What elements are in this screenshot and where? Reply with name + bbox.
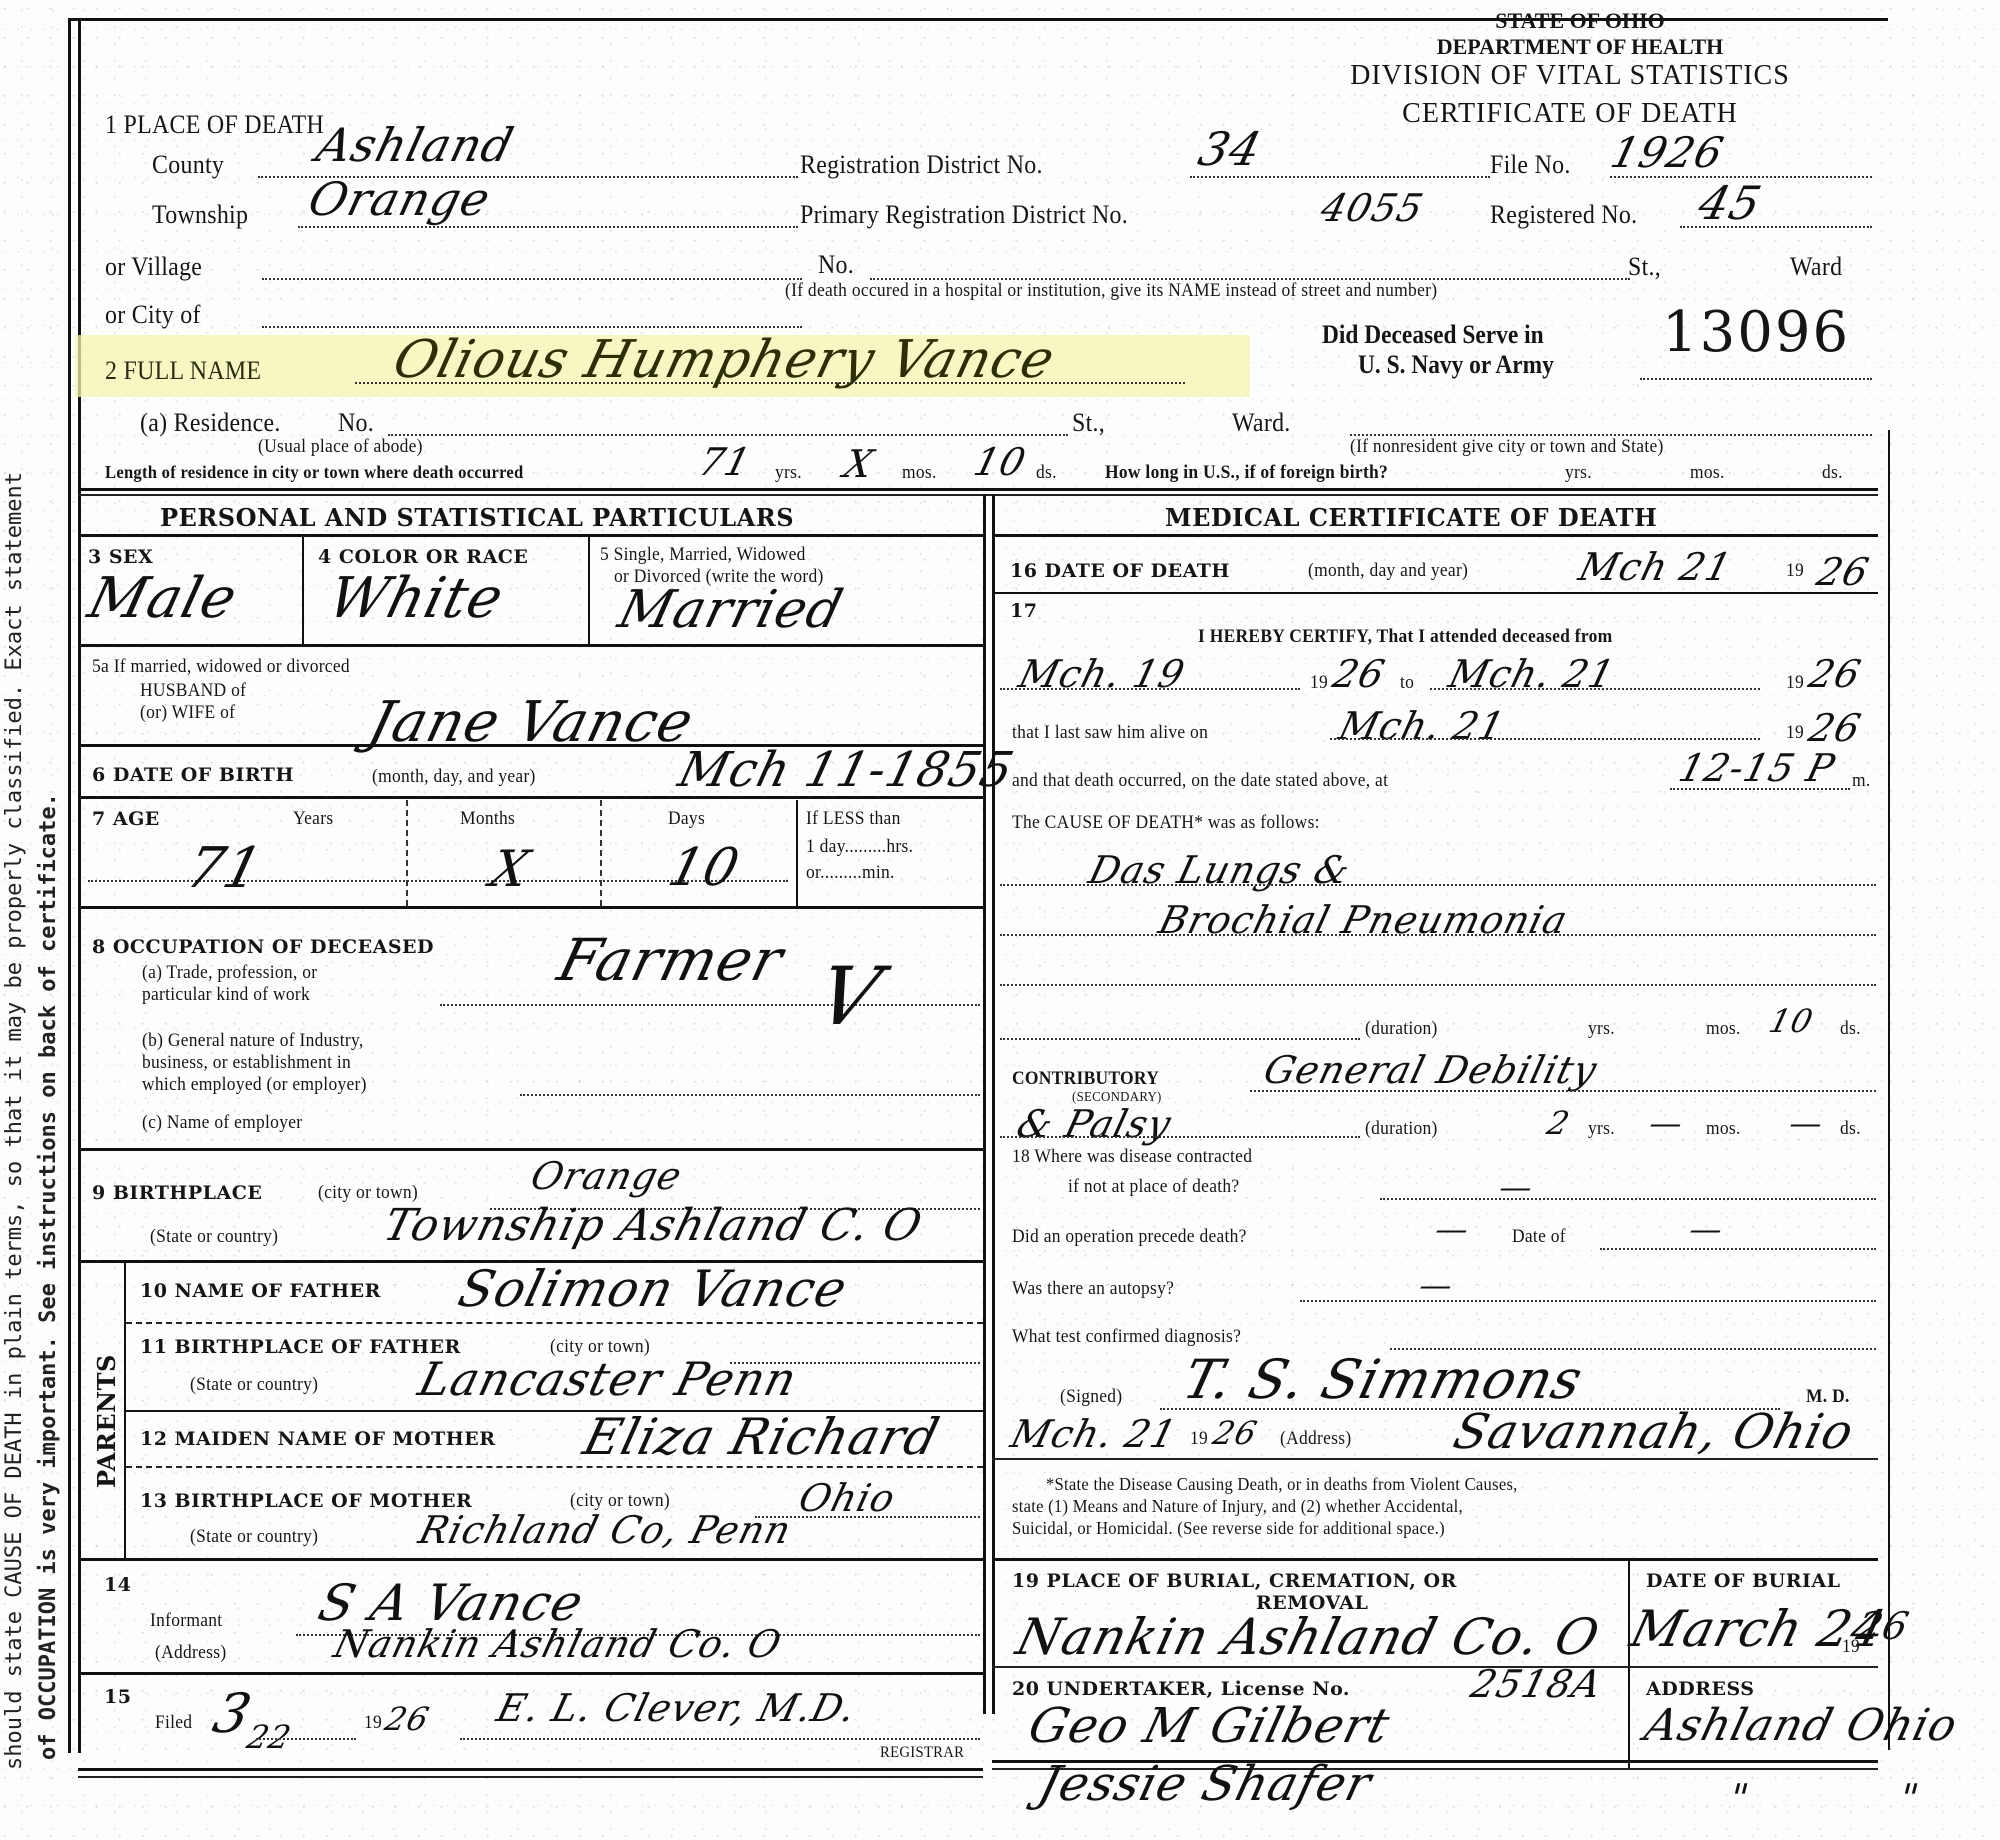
header-title: CERTIFICATE OF DEATH: [1310, 98, 1830, 130]
row3-underline: [78, 644, 983, 647]
occ-b-dotline: [520, 1094, 980, 1096]
burial-place-value[interactable]: Nankin Ashland Co. O: [1011, 1608, 1606, 1666]
foreign-mos-label: mos.: [1690, 462, 1725, 484]
foreign-ds-label: ds.: [1822, 462, 1843, 484]
cause-ds-label: ds.: [1840, 1018, 1861, 1040]
mother-value[interactable]: Eliza Richard: [578, 1408, 946, 1466]
license-no[interactable]: 2518A: [1467, 1662, 1607, 1706]
birthplace-state-hint: (State or country): [150, 1226, 278, 1248]
length-months[interactable]: X: [840, 442, 879, 486]
dod-year[interactable]: 26: [1813, 550, 1874, 594]
residence-no-label: No.: [338, 408, 374, 438]
military-stamp-number: 13096: [1662, 300, 1850, 365]
age-months-label: Months: [460, 808, 515, 830]
dob-hint: (month, day, and year): [372, 766, 536, 788]
contrib-duration-yrs[interactable]: 2: [1543, 1104, 1574, 1142]
race-value[interactable]: White: [322, 566, 510, 631]
burial-place-label-line1: 19 PLACE OF BURIAL, CREMATION, OR: [1012, 1570, 1457, 1592]
occ-a-dotline: [440, 1004, 980, 1006]
nonresident-note: (If nonresident give city or town and St…: [1350, 436, 1664, 458]
cause-duration-label: (duration): [1365, 1018, 1438, 1040]
filed-dotline: [256, 1738, 356, 1740]
burial-year[interactable]: 26: [1853, 1604, 1914, 1648]
mother-birth-state-value[interactable]: Richland Co, Penn: [415, 1508, 797, 1552]
undertaker-address-label: ADDRESS: [1646, 1678, 1755, 1700]
burial-date-label: DATE OF BURIAL: [1646, 1570, 1840, 1592]
cert-number: 17: [1010, 600, 1037, 622]
residence-label: (a) Residence.: [140, 408, 281, 438]
occ-b-line2: business, or establishment in: [142, 1052, 351, 1074]
mother-underline: [126, 1466, 983, 1468]
contributory-line1[interactable]: General Debility: [1260, 1048, 1602, 1092]
father-label: 10 NAME OF FATHER: [140, 1280, 381, 1302]
last-saw-year[interactable]: 26: [1805, 706, 1866, 750]
header-state: STATE OF OHIO: [1380, 8, 1780, 34]
race-marital-divider: [588, 534, 590, 644]
primary-district-value[interactable]: 4055: [1317, 186, 1429, 230]
spouse-label-line1: 5a If married, widowed or divorced: [92, 656, 350, 678]
sex-race-divider: [302, 534, 304, 644]
full-name-value[interactable]: Olious Humphery Vance: [388, 330, 1062, 390]
death-time[interactable]: 12-15 P: [1675, 746, 1840, 790]
sex-label: 3 SEX: [88, 546, 153, 568]
occ-b-line3: which employed (or employer): [142, 1074, 367, 1096]
occupation-value[interactable]: Farmer: [552, 926, 791, 994]
township-value[interactable]: Orange: [303, 172, 496, 226]
attended-from-dotline: [1000, 688, 1300, 690]
length-residence-label: Length of residence in city or town wher…: [105, 462, 524, 483]
last-saw-year-prefix: 19: [1786, 722, 1804, 744]
operation-date-dotline: [1600, 1248, 1876, 1250]
cause-line2-dotline: [1000, 934, 1876, 936]
center-divider-left: [983, 494, 986, 1714]
signed-label: (Signed): [1060, 1386, 1122, 1408]
registration-district-dotline: [1190, 176, 1490, 178]
paper-texture: [0, 0, 2000, 1840]
village-ward-label: Ward: [1790, 252, 1842, 282]
father-birth-value[interactable]: Lancaster Penn: [413, 1352, 803, 1406]
ditto-mark-1: ": [1725, 1776, 1754, 1820]
header-department: DEPARTMENT OF HEALTH: [1380, 34, 1780, 60]
row7-underline: [78, 906, 983, 909]
residence-dotline: [388, 434, 1068, 436]
father-birth-label: 11 BIRTHPLACE OF FATHER: [140, 1336, 461, 1358]
contracted-label-line1: 18 Where was disease contracted: [1012, 1146, 1252, 1168]
contrib-duration-ds[interactable]: —: [1785, 1104, 1827, 1142]
cause-mos-label: mos.: [1706, 1018, 1741, 1040]
margin-instruction-line2: of OCCUPATION is very important. See ins…: [36, 793, 61, 1760]
operation-value[interactable]: —: [1431, 1210, 1473, 1248]
dod-value[interactable]: Mch 21: [1575, 545, 1737, 589]
mother-birth-city-value[interactable]: Ohio: [795, 1476, 901, 1520]
less-label-line1: If LESS than: [806, 808, 901, 830]
filed-year[interactable]: 26: [381, 1700, 433, 1738]
registered-no-label: Registered No.: [1490, 200, 1637, 230]
marital-label-line1: 5 Single, Married, Widowed: [600, 544, 806, 566]
autopsy-label: Was there an autopsy?: [1012, 1278, 1174, 1300]
physician-signature[interactable]: T. S. Simmons: [1177, 1348, 1589, 1411]
undertaker-label: 20 UNDERTAKER, License No.: [1012, 1678, 1350, 1700]
cause-duration-dotline: [1000, 1038, 1360, 1040]
mother-label: 12 MAIDEN NAME OF MOTHER: [140, 1428, 496, 1450]
file-no-value[interactable]: 1926: [1606, 128, 1729, 177]
last-saw-value[interactable]: Mch. 21: [1335, 704, 1510, 748]
certify-text: I HEREBY CERTIFY, That I attended deceas…: [1198, 626, 1612, 648]
contributory-label: CONTRIBUTORY: [1012, 1068, 1159, 1090]
occurred-label: and that death occurred, on the date sta…: [1012, 770, 1388, 792]
row6-underline: [78, 796, 983, 799]
birthplace-state-value[interactable]: Township Ashland C. O: [379, 1200, 928, 1251]
operation-label: Did an operation precede death?: [1012, 1226, 1247, 1248]
form-bottom-left-1: [78, 1768, 983, 1771]
date-of-label: Date of: [1512, 1226, 1566, 1248]
registration-district-label: Registration District No.: [800, 150, 1043, 180]
filed-label: Filed: [155, 1712, 192, 1734]
operation-date-value[interactable]: —: [1685, 1210, 1727, 1248]
ditto-mark-2: ": [1895, 1776, 1924, 1820]
informant-label: Informant: [150, 1610, 222, 1632]
military-label-line1: Did Deceased Serve in: [1322, 320, 1544, 350]
county-value[interactable]: Ashland: [311, 118, 519, 172]
city-label: or City of: [105, 300, 201, 330]
filed-number: 15: [104, 1686, 131, 1708]
contributory-dotline: [1250, 1090, 1876, 1092]
cause-line1-dotline: [1000, 884, 1876, 886]
physician-address[interactable]: Savannah, Ohio: [1448, 1404, 1860, 1460]
village-label: or Village: [105, 252, 202, 282]
residence-st-label: St.,: [1072, 408, 1105, 438]
footnote-line3: Suicidal, or Homicidal. (See reverse sid…: [1012, 1518, 1445, 1539]
dod-year-prefix: 19: [1786, 560, 1804, 582]
informant-number: 14: [104, 1574, 131, 1596]
age-years-value[interactable]: 71: [180, 836, 269, 901]
county-label: County: [152, 150, 224, 180]
birthplace-label: 9 BIRTHPLACE: [92, 1182, 262, 1204]
occ-b-line1: (b) General nature of Industry,: [142, 1030, 363, 1052]
place-of-death-label: 1 PLACE OF DEATH: [105, 110, 324, 140]
mother-birth-state-hint: (State or country): [190, 1526, 318, 1548]
foreign-birth-label: How long in U.S., if of foreign birth?: [1105, 462, 1388, 484]
registered-no-value[interactable]: 45: [1693, 176, 1767, 230]
dob-label: 6 DATE OF BIRTH: [92, 764, 294, 786]
spouse-label-line2: HUSBAND of: [140, 680, 246, 702]
less-label-line2: 1 day.........hrs.: [806, 836, 913, 858]
military-dotline: [1640, 378, 1872, 380]
attended-from-year[interactable]: 26: [1329, 652, 1390, 696]
occ-a-line2: particular kind of work: [142, 984, 310, 1006]
form-left-border-inner: [78, 18, 81, 1753]
autopsy-dotline: [1300, 1300, 1876, 1302]
township-dotline: [298, 226, 798, 228]
attended-to-year[interactable]: 26: [1805, 652, 1866, 696]
primary-district-label: Primary Registration District No.: [800, 200, 1128, 230]
sign-year-prefix: 19: [1190, 1428, 1208, 1450]
occ-a-line1: (a) Trade, profession, or: [142, 962, 317, 984]
divider-top-sections-2: [78, 494, 1878, 496]
age-years-label: Years: [293, 808, 333, 830]
form-bottom-left-2: [78, 1776, 983, 1778]
dod-underline: [992, 592, 1878, 594]
medical-section-title: MEDICAL CERTIFICATE OF DEATH: [1165, 503, 1657, 532]
contracted-dotline: [1380, 1198, 1876, 1200]
village-dotline: [262, 278, 802, 280]
contracted-label-line2: if not at place of death?: [1068, 1176, 1239, 1198]
physician-address-label: (Address): [1280, 1428, 1351, 1450]
marital-value[interactable]: Married: [613, 580, 850, 640]
cause-duration-days[interactable]: 10: [1765, 1002, 1817, 1040]
registrar-signature[interactable]: E. L. Clever, M.D.: [493, 1686, 861, 1730]
hospital-note: (If death occured in a hospital or insti…: [785, 280, 1437, 302]
burial-date-divider: [1628, 1560, 1630, 1768]
age-divider-3: [796, 800, 798, 906]
medical-title-underline: [992, 534, 1878, 537]
footnote-line2: state (1) Means and Nature of Injury, an…: [1012, 1496, 1463, 1517]
occupation-label: 8 OCCUPATION OF DECEASED: [92, 936, 434, 958]
contrib-ds-label: ds.: [1840, 1118, 1861, 1140]
contrib-yrs-label: yrs.: [1588, 1118, 1615, 1140]
length-mos-label: mos.: [902, 462, 937, 484]
spouse-label-line3: (or) WIFE of: [140, 702, 235, 724]
age-days-label: Days: [668, 808, 705, 830]
village-no-label: No.: [818, 250, 854, 280]
cause-yrs-label: yrs.: [1588, 1018, 1615, 1040]
father-value[interactable]: Solimon Vance: [453, 1260, 854, 1318]
dob-value[interactable]: Mch 11-1855: [673, 742, 1020, 798]
informant-bottom-line: [78, 1672, 983, 1675]
length-days[interactable]: 10: [970, 440, 1031, 484]
informant-address-value[interactable]: Nankin Ashland Co. O: [330, 1622, 787, 1666]
father-underline: [126, 1322, 983, 1324]
filed-year-prefix: 19: [364, 1712, 382, 1734]
sign-date[interactable]: Mch. 21: [1007, 1412, 1182, 1456]
abode-note: (Usual place of abode): [258, 436, 423, 458]
undertaker-line1[interactable]: Geo M Gilbert: [1023, 1698, 1396, 1754]
village-st-label: St.,: [1628, 252, 1661, 282]
military-label-line2: U. S. Navy or Army: [1358, 350, 1554, 380]
contrib-mos-label: mos.: [1706, 1118, 1741, 1140]
form-right-border: [1888, 430, 1890, 1750]
occ-c-label: (c) Name of employer: [142, 1112, 302, 1134]
attended-to-year-prefix: 19: [1786, 672, 1804, 694]
personal-title-underline: [78, 534, 983, 537]
filed-day[interactable]: 22: [243, 1718, 295, 1756]
margin-instruction-line1: should state CAUSE OF DEATH in plain ter…: [2, 472, 27, 1770]
sign-underline: [992, 1458, 1878, 1460]
foreign-yrs-label: yrs.: [1565, 462, 1592, 484]
registration-district-value[interactable]: 34: [1193, 122, 1267, 176]
age-divider-1: [406, 800, 408, 906]
contracted-value[interactable]: —: [1495, 1168, 1537, 1206]
to-label: to: [1400, 672, 1414, 694]
center-divider-right: [992, 494, 995, 1714]
autopsy-value[interactable]: —: [1415, 1266, 1457, 1304]
age-days-value[interactable]: 10: [663, 838, 746, 898]
age-label: 7 AGE: [92, 808, 160, 830]
cause-line3-dotline: [1000, 984, 1876, 986]
file-no-label: File No.: [1490, 150, 1571, 180]
birthplace-city-value[interactable]: Orange: [527, 1154, 687, 1198]
footnote-underline: [992, 1558, 1878, 1561]
registrar-label: REGISTRAR: [880, 1744, 964, 1762]
age-divider-2: [600, 800, 602, 906]
contrib-duration-label: (duration): [1365, 1118, 1438, 1140]
header-division: DIVISION OF VITAL STATISTICS: [1260, 60, 1880, 92]
divider-top-sections: [78, 488, 1878, 491]
full-name-label: 2 FULL NAME: [105, 356, 261, 386]
cause-label: The CAUSE OF DEATH* was as follows:: [1012, 812, 1320, 834]
sign-year[interactable]: 26: [1209, 1414, 1261, 1452]
contributory-line2[interactable]: & Palsy: [1013, 1102, 1177, 1146]
informant-address-label: (Address): [155, 1642, 226, 1664]
form-left-border-outer: [68, 18, 71, 1753]
contrib-duration-mos[interactable]: —: [1645, 1104, 1687, 1142]
city-dotline: [262, 326, 802, 328]
length-years[interactable]: 71: [695, 440, 756, 484]
last-saw-dotline: [1330, 738, 1760, 740]
contrib-duration-dotline: [1000, 1136, 1360, 1138]
age-months-value[interactable]: X: [485, 840, 536, 898]
sex-value[interactable]: Male: [82, 566, 244, 631]
last-saw-label: that I last saw him alive on: [1012, 722, 1208, 744]
m-label: m.: [1852, 770, 1871, 792]
occupation-mark: V: [808, 950, 890, 1043]
burial-underline: [992, 1666, 1878, 1668]
personal-section-title: PERSONAL AND STATISTICAL PARTICULARS: [160, 503, 794, 532]
township-label: Township: [152, 200, 248, 230]
mother-birth-label: 13 BIRTHPLACE OF MOTHER: [140, 1490, 472, 1512]
footnote-line1: *State the Disease Causing Death, or in …: [1046, 1474, 1518, 1495]
dod-hint: (month, day and year): [1308, 560, 1468, 582]
less-label-line3: or.........min.: [806, 862, 895, 884]
parents-side-label: PARENTS: [92, 1354, 121, 1488]
length-ds-label: ds.: [1036, 462, 1057, 484]
attended-to-dotline: [1430, 688, 1760, 690]
length-yrs-label: yrs.: [775, 462, 802, 484]
death-time-dotline: [1670, 788, 1850, 790]
registrar-dotline: [460, 1738, 980, 1740]
undertaker-line2[interactable]: Jessie Shafer: [1033, 1756, 1377, 1812]
row8-underline: [78, 1148, 983, 1151]
residence-ward-label: Ward.: [1232, 408, 1291, 438]
dod-label: 16 DATE OF DEATH: [1010, 560, 1230, 582]
test-label: What test confirmed diagnosis?: [1012, 1326, 1241, 1348]
race-label: 4 COLOR OR RACE: [318, 546, 528, 568]
attended-from-year-prefix: 19: [1310, 672, 1328, 694]
father-birth-state-hint: (State or country): [190, 1374, 318, 1396]
parents-bottom-line: [78, 1558, 983, 1561]
undertaker-address[interactable]: Ashland Ohio: [1640, 1700, 1963, 1751]
